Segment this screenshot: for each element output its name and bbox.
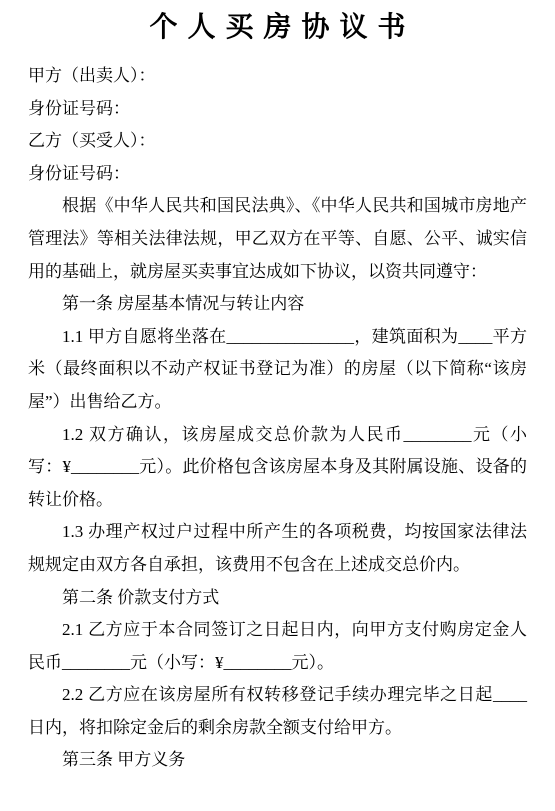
- section-2-heading: 第二条 价款支付方式: [28, 582, 527, 615]
- clause-1-1: 1.1 甲方自愿将坐落在_______________，建筑面积为____平方米…: [28, 321, 527, 419]
- party-line-seller: 甲方（出卖人）：: [28, 60, 527, 93]
- document-page: 个人买房协议书 甲方（出卖人）： 身份证号码： 乙方（买受人）： 身份证号码： …: [0, 0, 555, 811]
- document-title: 个人买房协议书: [28, 4, 527, 50]
- section-3-heading: 第三条 甲方义务: [28, 744, 527, 777]
- clause-2-2: 2.2 乙方应在该房屋所有权转移登记手续办理完毕之日起____日内，将扣除定金后…: [28, 679, 527, 744]
- section-1-heading: 第一条 房屋基本情况与转让内容: [28, 288, 527, 321]
- clause-2-1: 2.1 乙方应于本合同签订之日起日内，向甲方支付购房定金人民币________元…: [28, 614, 527, 679]
- clause-1-2: 1.2 双方确认，该房屋成交总价款为人民币________元（小写：¥_____…: [28, 419, 527, 517]
- party-line-buyer: 乙方（买受人）：: [28, 125, 527, 158]
- clause-1-3: 1.3 办理产权过户过程中所产生的各项税费，均按国家法律法规规定由双方各自承担，…: [28, 516, 527, 581]
- party-line-buyer-id: 身份证号码：: [28, 158, 527, 191]
- preamble-paragraph: 根据《中华人民共和国民法典》、《中华人民共和国城市房地产管理法》等相关法律法规，…: [28, 190, 527, 288]
- party-line-seller-id: 身份证号码：: [28, 93, 527, 126]
